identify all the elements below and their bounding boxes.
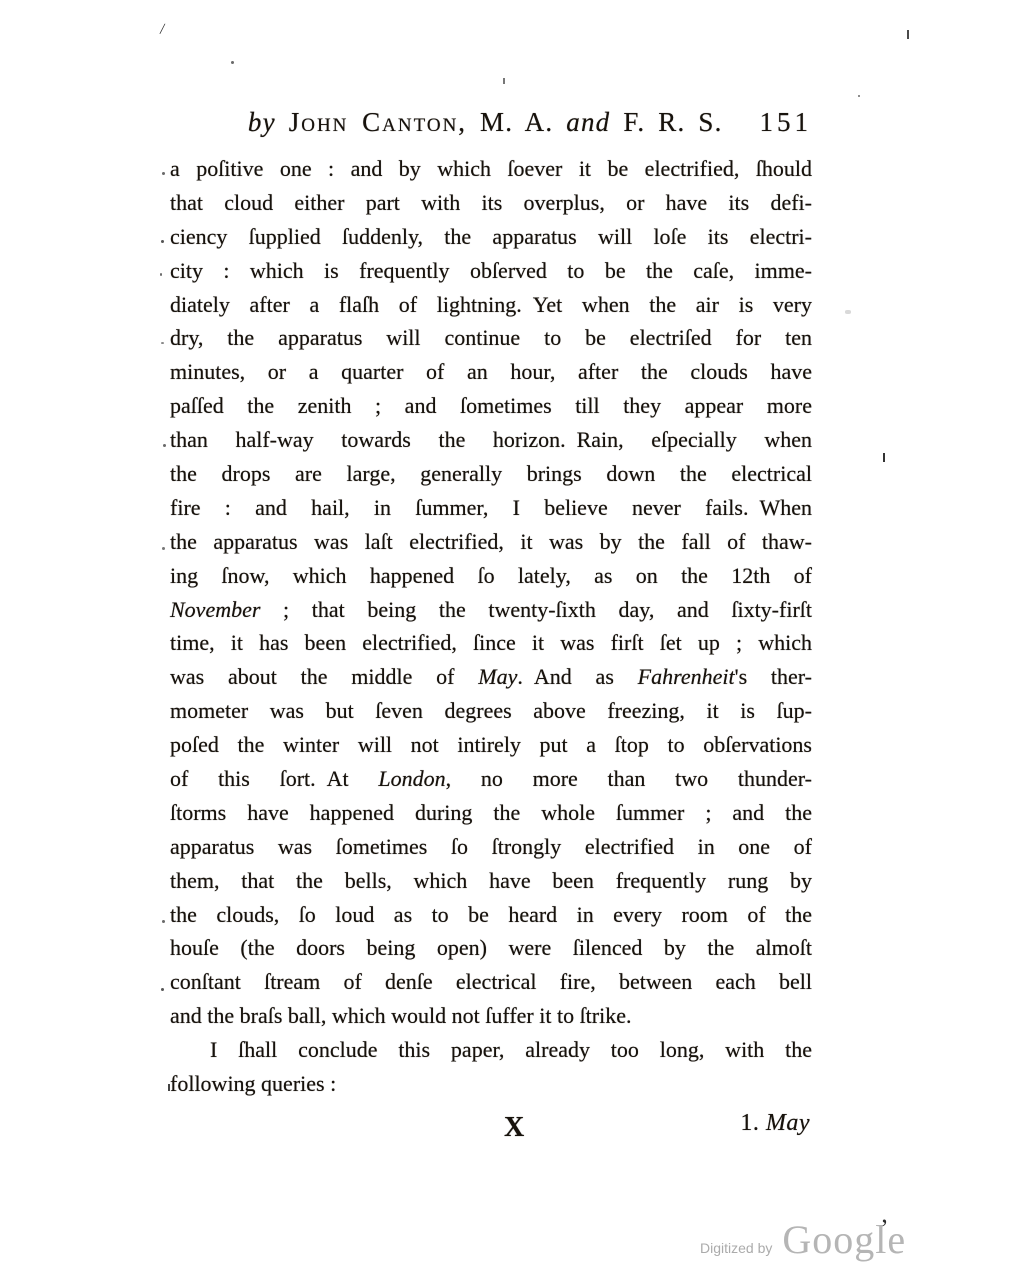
- text-line: that cloud either part with its overplus…: [170, 186, 812, 220]
- digitization-watermark: Digitized by Google: [700, 1216, 906, 1263]
- catchword: 1. May: [740, 1110, 810, 1137]
- text-line: apparatus was ſometimes ſo ſtrongly elec…: [170, 830, 812, 864]
- scan-speck: [858, 95, 860, 97]
- text-line: the apparatus was laſt electrified, it w…: [170, 525, 812, 559]
- scan-speck: [907, 30, 909, 39]
- scan-speck: [883, 453, 885, 462]
- scan-speck: [231, 61, 234, 64]
- body-text: a poſitive one : and by which ſoever it …: [170, 152, 812, 1101]
- text-line: November ; that being the twenty-ſixth d…: [170, 593, 812, 627]
- scan-speck: [163, 444, 166, 447]
- google-logo: Google: [782, 1216, 906, 1263]
- running-head-and: and: [566, 107, 610, 137]
- text-line: ing ſnow, which happened ſo lately, as o…: [170, 559, 812, 593]
- text-line: was about the middle of May. And as Fahr…: [170, 660, 812, 694]
- text-line: them, that the bells, which have been fr…: [170, 864, 812, 898]
- scanned-book-page: by John Canton, M. A. and F. R. S. 151 a…: [0, 0, 1014, 1282]
- page-number: 151: [760, 107, 813, 137]
- scan-speck: [162, 172, 165, 175]
- text-line: time, it has been electrified, ſince it …: [170, 626, 812, 660]
- text-line: city : which is frequently obſerved to b…: [170, 254, 812, 288]
- running-head-author: John Canton,: [289, 107, 467, 137]
- text-line: and the braſs ball, which would not ſuff…: [170, 999, 812, 1033]
- watermark-prefix: Digitized by: [700, 1240, 772, 1256]
- running-head-fellowship: F. R. S.: [623, 107, 722, 137]
- text-line: than half-way towards the horizon. Rain,…: [170, 423, 812, 457]
- text-line: mometer was but ſeven degrees above free…: [170, 694, 812, 728]
- running-head-degree: M. A.: [480, 107, 553, 137]
- catchword-word: May: [766, 1110, 810, 1136]
- text-line: the drops are large, generally brings do…: [170, 457, 812, 491]
- text-line: the clouds, ſo loud as to be heard in ev…: [170, 898, 812, 932]
- scan-speck: [503, 78, 505, 84]
- running-head: by John Canton, M. A. and F. R. S. 151: [170, 107, 812, 138]
- text-line: minutes, or a quarter of an hour, after …: [170, 355, 812, 389]
- text-line: diately after a flaſh of lightning. Yet …: [170, 288, 812, 322]
- scan-speck: [161, 240, 164, 243]
- scan-speck: [160, 273, 162, 276]
- text-line: paſſed the zenith ; and ſometimes till t…: [170, 389, 812, 423]
- scan-speck: [161, 988, 164, 991]
- text-line: ſtorms have happened during the whole ſu…: [170, 796, 812, 830]
- text-line: poſed the winter will not intirely put a…: [170, 728, 812, 762]
- catchword-number: 1.: [740, 1110, 759, 1136]
- text-line: dry, the apparatus will continue to be e…: [170, 321, 812, 355]
- text-line: following queries :: [170, 1067, 812, 1101]
- scan-speck: /: [159, 22, 166, 38]
- scan-speck: [161, 342, 164, 344]
- text-line: of this ſort. At London, no more than tw…: [170, 762, 812, 796]
- scan-speck: [162, 547, 165, 550]
- text-line: fire : and hail, in ſummer, I believe ne…: [170, 491, 812, 525]
- text-line: I ſhall conclude this paper, already too…: [170, 1033, 812, 1067]
- text-line: a poſitive one : and by which ſoever it …: [170, 152, 812, 186]
- signature-mark: X: [504, 1112, 524, 1144]
- text-line: conſtant ſtream of denſe electrical fire…: [170, 965, 812, 999]
- scan-speck: [162, 920, 165, 923]
- text-line: ciency ſupplied ſuddenly, the apparatus …: [170, 220, 812, 254]
- scan-speck: [845, 310, 851, 314]
- running-head-by: by: [248, 107, 276, 137]
- text-line: houſe (the doors being open) were ſilenc…: [170, 931, 812, 965]
